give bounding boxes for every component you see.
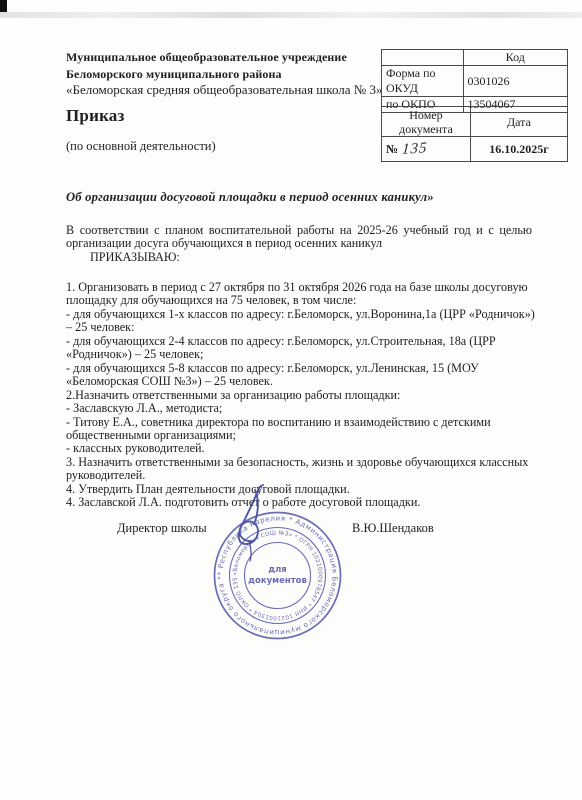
body-line: 1. Организовать в период с 27 октября по… <box>66 281 534 294</box>
org-name-line2: Беломорского муниципального района <box>66 66 386 83</box>
body-line: 2.Назначить ответственными за организаци… <box>66 389 534 402</box>
stamp-inner-ring <box>245 543 311 609</box>
stamp-outer-text: * Республика Карелия * Администрация Бел… <box>216 514 338 636</box>
body-line: общественными организациями; <box>66 429 534 442</box>
intro-line: ПРИКАЗЫВАЮ: <box>66 251 532 264</box>
scan-edge-artifact <box>0 12 582 18</box>
intro-line: организации досуга обучающихся в период … <box>66 237 532 250</box>
org-name-line1: Муниципальное общеобразовательное учрежд… <box>66 49 386 66</box>
order-subtitle: (по основной деятельности) <box>66 139 216 154</box>
table-row: №135 16.10.2025г <box>382 137 568 162</box>
body-line: 4. Заславской Л.А. подготовить отчет о р… <box>66 496 534 509</box>
doc-number-header: Номер документа <box>382 107 471 137</box>
intro-line: В соответствии с планом воспитательной р… <box>66 224 532 237</box>
stamp-outer-ring <box>215 513 341 639</box>
doc-date-cell: 16.10.2025г <box>470 137 567 162</box>
signer-name: В.Ю.Шендаков <box>352 521 434 536</box>
doc-date-header: Дата <box>470 107 567 137</box>
body-line: - Заславскую Л.А., методиста; <box>66 402 534 415</box>
org-name-line3: «Беломорская средняя общеобразовательная… <box>66 82 386 99</box>
okud-empty-cell <box>382 50 464 66</box>
order-subject: Об организации досуговой площадки в пери… <box>66 190 536 205</box>
body-line: - для обучающихся 2-4 классов по адресу:… <box>66 335 534 348</box>
signer-role: Директор школы <box>117 521 207 536</box>
body-line: - классных руководителей. <box>66 442 534 455</box>
body-line: «Родничок») – 25 человек; <box>66 348 534 361</box>
number-sign: № <box>386 142 398 156</box>
body-line: 4. Утвердить План деятельности досуговой… <box>66 483 534 496</box>
body-line: руководителей. <box>66 469 534 482</box>
body-line: – 25 человек: <box>66 321 534 334</box>
body-line: 3. Назначить ответственными за безопасно… <box>66 456 534 469</box>
body-line: - для обучающихся 1-х классов по адресу:… <box>66 308 534 321</box>
okud-code-header: Код <box>463 50 568 66</box>
okud-form-label: Форма по ОКУД <box>382 66 464 97</box>
order-body: 1. Организовать в период с 27 октября по… <box>66 281 534 510</box>
okud-code-table: Код Форма по ОКУД 0301026 по ОКПО 135040… <box>381 49 568 113</box>
number-date-table: Номер документа Дата №135 16.10.2025г <box>381 106 568 162</box>
doc-number-cell: №135 <box>382 137 471 162</box>
organization-header: Муниципальное общеобразовательное учрежд… <box>66 49 386 99</box>
table-row: Номер документа Дата <box>382 107 568 137</box>
order-title: Приказ <box>66 106 125 126</box>
intro-paragraph: В соответствии с планом воспитательной р… <box>66 224 532 264</box>
body-line: площадку для обучающихся на 75 человек, … <box>66 294 534 307</box>
table-row: Форма по ОКУД 0301026 <box>382 66 568 97</box>
body-line: - Титову Е.А., советника директора по во… <box>66 416 534 429</box>
table-row: Код <box>382 50 568 66</box>
okud-form-value: 0301026 <box>463 66 568 97</box>
scanned-order-document: Муниципальное общеобразовательное учрежд… <box>0 0 582 800</box>
stamp-middle-ring <box>230 528 326 624</box>
stamp-center-word-top: для <box>268 565 287 575</box>
handwritten-number: 135 <box>401 140 428 159</box>
body-line: - для обучающихся 5-8 классов по адресу:… <box>66 362 534 375</box>
stamp-center-word-bottom: документов <box>248 576 307 586</box>
body-line: «Беломорская СОШ №3») – 25 человек. <box>66 375 534 388</box>
